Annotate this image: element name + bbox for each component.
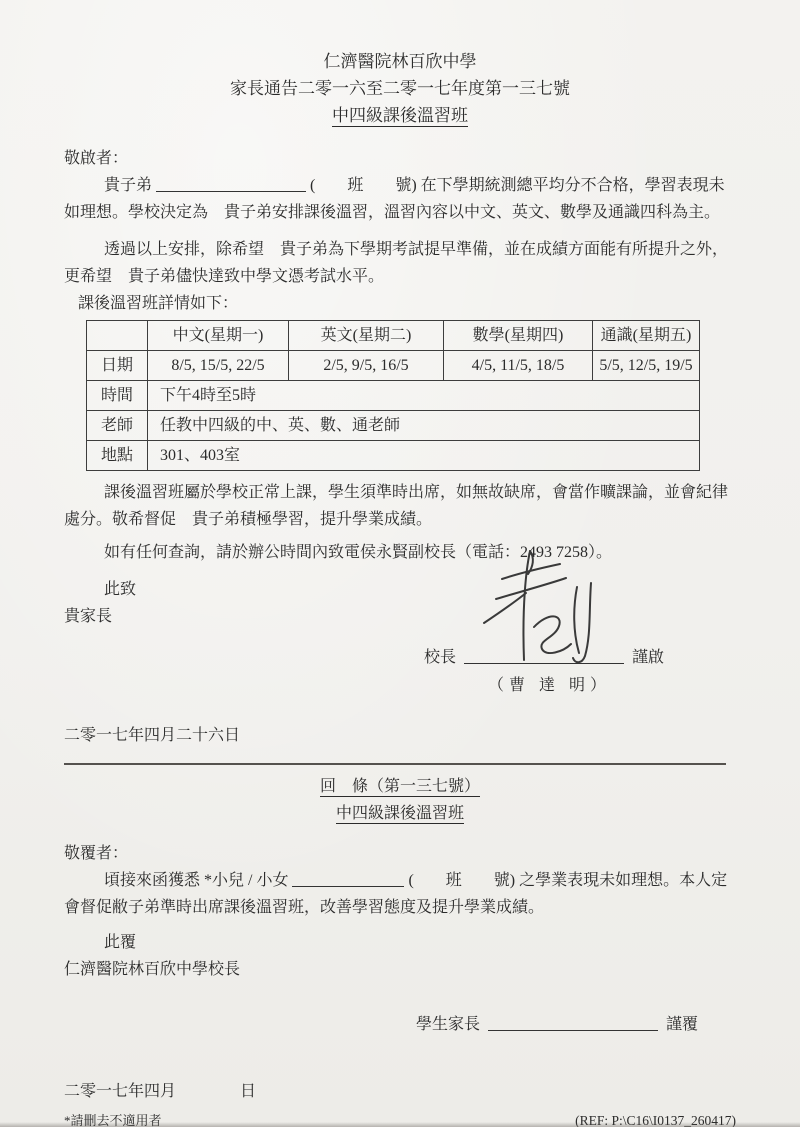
date-chinese: 8/5, 15/5, 22/5 [148,351,289,381]
closing-recipient: 貴家長 [64,603,736,630]
reply-slip-title: 回 條（第一三七號） [64,773,736,800]
delete-note: *請刪去不適用者 [64,1107,162,1127]
ref-code: (REF: P:\C16\I0137_260417) [575,1107,736,1127]
reply-slip-subtitle: 中四級課後溫習班 [64,800,736,827]
letter-title: 中四級課後溫習班 [64,102,736,129]
parent-sign-row: 學生家長謹覆 [416,1011,736,1038]
parent-signature-line [488,1018,658,1031]
table-row: 老師 任教中四級的中、英、數、通老師 [87,411,700,441]
col-maths: 數學(星期四) [444,321,593,351]
table-row: 地點 301、403室 [87,441,700,471]
paragraph-3: 課後溫習班屬於學校正常上課，學生須準時出席，如無故缺席，會當作曠課論，並會紀律處… [64,479,736,533]
time-value: 下午4時至5時 [148,381,700,411]
student-name-blank [156,179,306,192]
table-row: 時間 下午4時至5時 [87,381,700,411]
time-row-label: 時間 [87,381,148,411]
date-maths: 4/5, 11/5, 18/5 [444,351,593,381]
table-header-row: 中文(星期一) 英文(星期二) 數學(星期四) 通識(星期五) [87,321,700,351]
reply-closing-cifu: 此覆 [64,929,736,956]
col-ls: 通識(星期五) [593,321,700,351]
venue-value: 301、403室 [148,441,700,471]
parent-suffix: 謹覆 [666,1016,698,1033]
date-ls: 5/5, 12/5, 19/5 [593,351,700,381]
paragraph-2: 透過以上安排，除希望 貴子弟為下學期考試提早準備，並在成績方面能有所提升之外，更… [64,236,736,290]
reply-student-name-blank [292,874,404,887]
letter-header: 仁濟醫院林百欣中學 家長通告二零一六至二零一七年度第一三七號 中四級課後溫習班 [64,48,736,129]
principal-signature [468,548,603,668]
venue-row-label: 地點 [87,441,148,471]
reply-date: 二零一七年四月 日 [64,1078,736,1105]
closing-cizhi: 此致 [64,576,736,603]
principal-suffix: 謹啟 [632,649,664,666]
reply-subtitle-text: 中四級課後溫習班 [336,805,464,824]
school-name: 仁濟醫院林百欣中學 [64,48,736,75]
scanned-letter-page: 仁濟醫院林百欣中學 家長通告二零一六至二零一七年度第一三七號 中四級課後溫習班 … [0,0,800,1127]
reply-title-text: 回 條（第一三七號） [320,778,480,797]
notice-number-line: 家長通告二零一六至二零一七年度第一三七號 [64,75,736,102]
reply-body-lead: 頃接來函獲悉 *小兒 / 小女 [104,872,288,889]
schedule-table: 中文(星期一) 英文(星期二) 數學(星期四) 通識(星期五) 日期 8/5, … [86,320,700,471]
paragraph-4: 如有任何查詢，請於辦公時間內致電侯永賢副校長（電話：2493 7258）。 [64,539,736,566]
paragraph-1-lead: 貴子弟 [104,177,152,194]
reply-salutation: 敬覆者： [64,840,736,867]
parent-label: 學生家長 [416,1016,480,1033]
paragraph-1: 貴子弟 ( 班 號) 在下學期統測總平均分不合格，學習表現未如理想。學校決定為 … [64,172,736,226]
col-english: 英文(星期二) [289,321,444,351]
teacher-value: 任教中四級的中、英、數、通老師 [148,411,700,441]
teacher-row-label: 老師 [87,411,148,441]
col-chinese: 中文(星期一) [148,321,289,351]
principal-label: 校長 [424,649,456,666]
footer-row: *請刪去不適用者 (REF: P:\C16\I0137_260417) [64,1107,736,1127]
letter-title-text: 中四級課後溫習班 [332,106,468,127]
date-row-label: 日期 [87,351,148,381]
reply-principal-line: 仁濟醫院林百欣中學校長 [64,956,736,983]
date-english: 2/5, 9/5, 16/5 [289,351,444,381]
tear-off-divider [64,763,726,765]
principal-name: （曹 達 明） [488,672,724,699]
letter-date: 二零一七年四月二十六日 [64,722,736,749]
corner-cell [87,321,148,351]
salutation: 敬啟者： [64,145,736,172]
table-intro: 課後溫習班詳情如下： [78,290,736,317]
reply-body: 頃接來函獲悉 *小兒 / 小女 ( 班 號) 之學業表現未如理想。本人定會督促敝… [64,867,736,921]
table-row: 日期 8/5, 15/5, 22/5 2/5, 9/5, 16/5 4/5, 1… [87,351,700,381]
